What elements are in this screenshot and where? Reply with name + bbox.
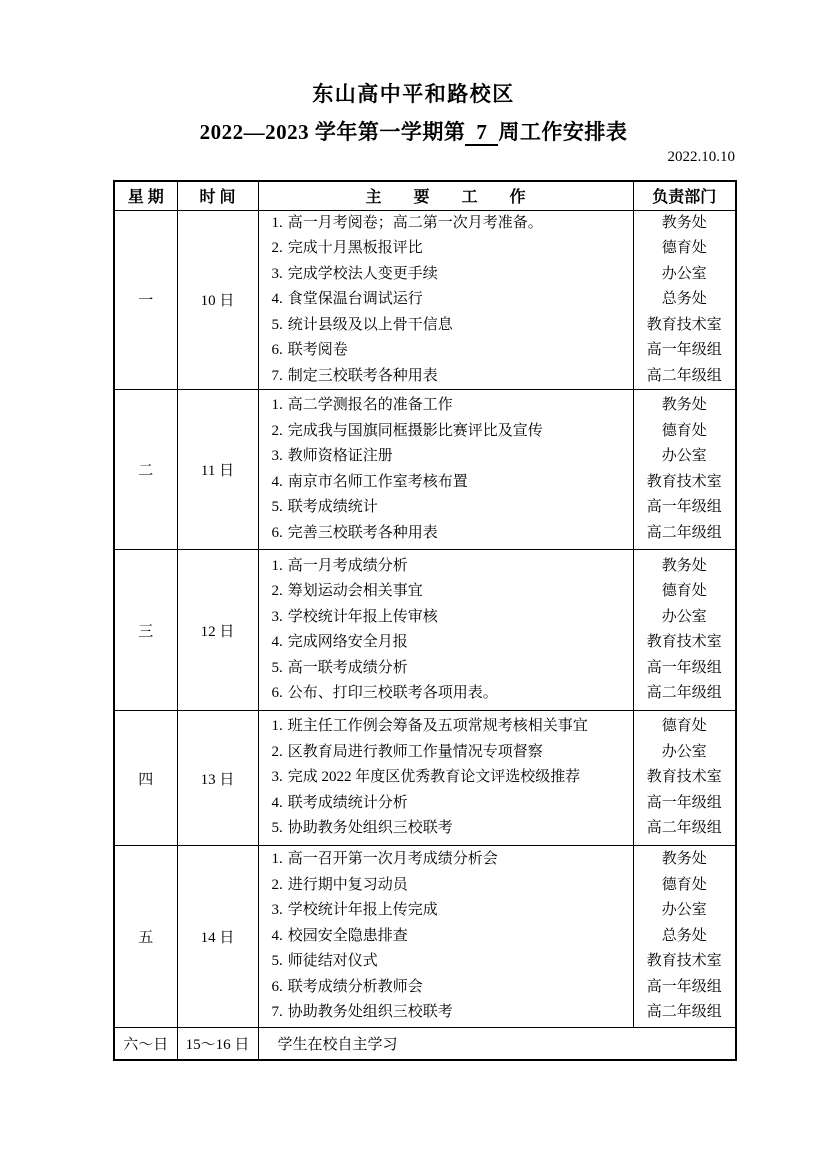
work-item-text: 学校统计年报上传审核: [288, 609, 438, 625]
work-item-text: 学校统计年报上传完成: [288, 902, 438, 918]
work-item-number: 3.: [272, 266, 283, 282]
dept-cell: 教务处德育处办公室教育技术室高一年级组高二年级组: [633, 550, 736, 711]
work-item-number: 4.: [272, 474, 283, 490]
work-item-number: 3.: [272, 769, 283, 785]
time-cell: 14 日: [177, 846, 258, 1028]
work-item: 4.南京市名师工作室考核布置: [272, 470, 633, 496]
dept-item: 德育处: [634, 419, 736, 445]
table-row: 二 11 日 1.高二学测报名的准备工作2.完成我与国旗同框摄影比赛评比及宣传3…: [114, 390, 736, 550]
work-item: 1.班主任工作例会筹备及五项常规考核相关事宜: [272, 714, 633, 740]
work-item: 7.制定三校联考各种用表: [272, 364, 633, 390]
table-row: 一 10 日 1.高一月考阅卷；高二第一次月考准备。2.完成十月黑板报评比3.完…: [114, 210, 736, 390]
work-item-number: 3.: [272, 902, 283, 918]
work-item-number: 7.: [272, 1004, 283, 1020]
dept-item: 办公室: [634, 898, 736, 924]
work-item-number: 5.: [272, 953, 283, 969]
work-item-number: 2.: [272, 877, 283, 893]
subtitle-prefix: 2022—2023 学年第一学期第: [200, 120, 466, 144]
dept-item: 教务处: [634, 393, 736, 419]
work-item-number: 2.: [272, 423, 283, 439]
schedule-table: 星 期 时 间 主 要 工 作 负责部门 一 10 日 1.高一月考阅卷；高二第…: [113, 180, 737, 1061]
dept-cell: 教务处德育处办公室总务处教育技术室高一年级组高二年级组: [633, 846, 736, 1028]
time-cell: 10 日: [177, 210, 258, 390]
dept-item: 教育技术室: [634, 949, 736, 975]
time-cell: 15～16 日: [177, 1028, 258, 1060]
work-item-text: 高一召开第一次月考成绩分析会: [288, 851, 498, 867]
work-item-text: 完成我与国旗同框摄影比赛评比及宣传: [288, 423, 543, 439]
dept-item: 办公室: [634, 262, 736, 288]
work-item-number: 5.: [272, 499, 283, 515]
work-item-text: 班主任工作例会筹备及五项常规考核相关事宜: [288, 718, 588, 734]
work-item: 6.联考阅卷: [272, 338, 633, 364]
dept-item: 教务处: [634, 847, 736, 873]
work-item-text: 联考成绩统计分析: [288, 795, 408, 811]
work-item-number: 2.: [272, 583, 283, 599]
work-item: 6.完善三校联考各种用表: [272, 521, 633, 547]
work-item-number: 3.: [272, 448, 283, 464]
work-item-text: 完成十月黑板报评比: [288, 240, 423, 256]
work-item-number: 3.: [272, 609, 283, 625]
day-cell: 二: [114, 390, 177, 550]
dept-cell: 教务处德育处办公室总务处教育技术室高一年级组高二年级组: [633, 210, 736, 390]
work-item: 3.完成 2022 年度区优秀教育论文评选校级推荐: [272, 765, 633, 791]
work-item-text: 高二学测报名的准备工作: [288, 397, 453, 413]
work-item: 5.高一联考成绩分析: [272, 656, 633, 682]
time-cell: 11 日: [177, 390, 258, 550]
dept-item: 办公室: [634, 444, 736, 470]
work-item-number: 2.: [272, 240, 283, 256]
work-item-number: 6.: [272, 342, 283, 358]
work-cell: 1.高一召开第一次月考成绩分析会2.进行期中复习动员3.学校统计年报上传完成4.…: [258, 846, 633, 1028]
table-row: 三 12 日 1.高一月考成绩分析2.筹划运动会相关事宜3.学校统计年报上传审核…: [114, 550, 736, 711]
work-cell: 1.高一月考成绩分析2.筹划运动会相关事宜3.学校统计年报上传审核4.完成网络安…: [258, 550, 633, 711]
dept-item: 办公室: [634, 605, 736, 631]
work-cell: 1.班主任工作例会筹备及五项常规考核相关事宜2.区教育局进行教师工作量情况专项督…: [258, 711, 633, 846]
work-item: 6.联考成绩分析教师会: [272, 975, 633, 1001]
dept-item: 教育技术室: [634, 313, 736, 339]
day-cell: 五: [114, 846, 177, 1028]
work-item-text: 高一月考成绩分析: [288, 558, 408, 574]
work-item: 4.食堂保温台调试运行: [272, 287, 633, 313]
weekend-note: 学生在校自主学习: [258, 1028, 736, 1060]
dept-item: 高二年级组: [634, 521, 736, 547]
table-row: 四 13 日 1.班主任工作例会筹备及五项常规考核相关事宜2.区教育局进行教师工…: [114, 711, 736, 846]
work-item-text: 校园安全隐患排查: [288, 928, 408, 944]
work-item: 4.联考成绩统计分析: [272, 791, 633, 817]
day-cell: 四: [114, 711, 177, 846]
work-item-number: 1.: [272, 397, 283, 413]
dept-item: 高二年级组: [634, 364, 736, 390]
work-item: 2.区教育局进行教师工作量情况专项督察: [272, 740, 633, 766]
work-item-text: 完成学校法人变更手续: [288, 266, 438, 282]
day-cell: 六～日: [114, 1028, 177, 1060]
work-item-number: 1.: [272, 558, 283, 574]
work-item: 3.完成学校法人变更手续: [272, 262, 633, 288]
col-header-dept: 负责部门: [633, 181, 736, 210]
work-item-text: 师徒结对仪式: [288, 953, 378, 969]
work-item-text: 区教育局进行教师工作量情况专项督察: [288, 744, 543, 760]
dept-item: 德育处: [634, 873, 736, 899]
work-item: 3.学校统计年报上传审核: [272, 605, 633, 631]
dept-item: 高一年级组: [634, 791, 736, 817]
work-item: 1.高一月考成绩分析: [272, 554, 633, 580]
work-item-number: 6.: [272, 685, 283, 701]
work-item-number: 2.: [272, 744, 283, 760]
work-item-text: 食堂保温台调试运行: [288, 291, 423, 307]
dept-item: 德育处: [634, 714, 736, 740]
work-item: 2.完成我与国旗同框摄影比赛评比及宣传: [272, 419, 633, 445]
work-item-number: 5.: [272, 820, 283, 836]
work-item-text: 联考成绩分析教师会: [288, 979, 423, 995]
work-item-text: 协助教务处组织三校联考: [288, 1004, 453, 1020]
work-item: 1.高一月考阅卷；高二第一次月考准备。: [272, 211, 633, 237]
dept-item: 高一年级组: [634, 338, 736, 364]
dept-item: 高一年级组: [634, 495, 736, 521]
work-item-text: 制定三校联考各种用表: [288, 368, 438, 384]
dept-item: 总务处: [634, 924, 736, 950]
work-item-text: 统计县级及以上骨干信息: [288, 317, 453, 333]
work-item: 2.完成十月黑板报评比: [272, 236, 633, 262]
dept-item: 总务处: [634, 287, 736, 313]
work-item: 6.公布、打印三校联考各项用表。: [272, 681, 633, 707]
dept-cell: 教务处德育处办公室教育技术室高一年级组高二年级组: [633, 390, 736, 550]
weekend-row: 六～日 15～16 日 学生在校自主学习: [114, 1028, 736, 1060]
work-item: 3.学校统计年报上传完成: [272, 898, 633, 924]
dept-item: 高二年级组: [634, 1000, 736, 1026]
work-item-text: 教师资格证注册: [288, 448, 393, 464]
work-item-text: 进行期中复习动员: [288, 877, 408, 893]
work-item-number: 6.: [272, 979, 283, 995]
dept-item: 德育处: [634, 236, 736, 262]
col-header-time: 时 间: [177, 181, 258, 210]
work-item-number: 1.: [272, 851, 283, 867]
work-item-number: 7.: [272, 368, 283, 384]
week-number: 7: [465, 120, 498, 146]
dept-item: 教育技术室: [634, 630, 736, 656]
dept-item: 教育技术室: [634, 765, 736, 791]
work-item-text: 高一联考成绩分析: [288, 660, 408, 676]
day-cell: 一: [114, 210, 177, 390]
subtitle-suffix: 周工作安排表: [498, 120, 627, 144]
dept-item: 教育技术室: [634, 470, 736, 496]
work-item-number: 4.: [272, 634, 283, 650]
work-item: 4.完成网络安全月报: [272, 630, 633, 656]
work-item-text: 筹划运动会相关事宜: [288, 583, 423, 599]
dept-item: 高二年级组: [634, 681, 736, 707]
work-item-text: 协助教务处组织三校联考: [288, 820, 453, 836]
dept-item: 教务处: [634, 554, 736, 580]
work-item: 5.统计县级及以上骨干信息: [272, 313, 633, 339]
work-item-text: 完善三校联考各种用表: [288, 525, 438, 541]
work-item: 4.校园安全隐患排查: [272, 924, 633, 950]
work-item: 2.进行期中复习动员: [272, 873, 633, 899]
dept-item: 办公室: [634, 740, 736, 766]
col-header-day: 星 期: [114, 181, 177, 210]
page-subtitle: 2022—2023 学年第一学期第7周工作安排表: [0, 118, 827, 146]
col-header-work: 主 要 工 作: [258, 181, 633, 210]
time-cell: 13 日: [177, 711, 258, 846]
dept-item: 德育处: [634, 579, 736, 605]
time-cell: 12 日: [177, 550, 258, 711]
work-item-number: 4.: [272, 291, 283, 307]
work-item-number: 5.: [272, 660, 283, 676]
schedule-body: 一 10 日 1.高一月考阅卷；高二第一次月考准备。2.完成十月黑板报评比3.完…: [114, 210, 736, 1028]
day-cell: 三: [114, 550, 177, 711]
dept-item: 教务处: [634, 211, 736, 237]
dept-cell: 德育处办公室教育技术室高一年级组高二年级组: [633, 711, 736, 846]
work-item: 7.协助教务处组织三校联考: [272, 1000, 633, 1026]
work-item-text: 南京市名师工作室考核布置: [288, 474, 468, 490]
work-item: 5.师徒结对仪式: [272, 949, 633, 975]
work-item-text: 完成 2022 年度区优秀教育论文评选校级推荐: [288, 769, 581, 785]
work-item-number: 5.: [272, 317, 283, 333]
work-item: 2.筹划运动会相关事宜: [272, 579, 633, 605]
dept-item: 高二年级组: [634, 816, 736, 842]
work-item-text: 联考阅卷: [288, 342, 348, 358]
page-title: 东山高中平和路校区: [0, 0, 827, 108]
work-item-text: 完成网络安全月报: [288, 634, 408, 650]
work-item: 5.协助教务处组织三校联考: [272, 816, 633, 842]
document-page: { "header": { "title": "东山高中平和路校区", "sub…: [0, 0, 827, 1170]
work-item-number: 1.: [272, 718, 283, 734]
work-item-number: 4.: [272, 795, 283, 811]
work-item: 1.高二学测报名的准备工作: [272, 393, 633, 419]
work-cell: 1.高一月考阅卷；高二第一次月考准备。2.完成十月黑板报评比3.完成学校法人变更…: [258, 210, 633, 390]
table-row: 五 14 日 1.高一召开第一次月考成绩分析会2.进行期中复习动员3.学校统计年…: [114, 846, 736, 1028]
header-row: 星 期 时 间 主 要 工 作 负责部门: [114, 181, 736, 210]
work-item-number: 6.: [272, 525, 283, 541]
dept-item: 高一年级组: [634, 656, 736, 682]
dept-item: 高一年级组: [634, 975, 736, 1001]
work-item: 5.联考成绩统计: [272, 495, 633, 521]
work-item-text: 公布、打印三校联考各项用表。: [288, 685, 498, 701]
work-item-text: 联考成绩统计: [288, 499, 378, 515]
work-item-text: 高一月考阅卷；高二第一次月考准备。: [288, 215, 543, 231]
document-date: 2022.10.10: [0, 148, 735, 166]
work-item: 3.教师资格证注册: [272, 444, 633, 470]
work-item: 1.高一召开第一次月考成绩分析会: [272, 847, 633, 873]
work-item-number: 1.: [272, 215, 283, 231]
work-cell: 1.高二学测报名的准备工作2.完成我与国旗同框摄影比赛评比及宣传3.教师资格证注…: [258, 390, 633, 550]
work-item-number: 4.: [272, 928, 283, 944]
